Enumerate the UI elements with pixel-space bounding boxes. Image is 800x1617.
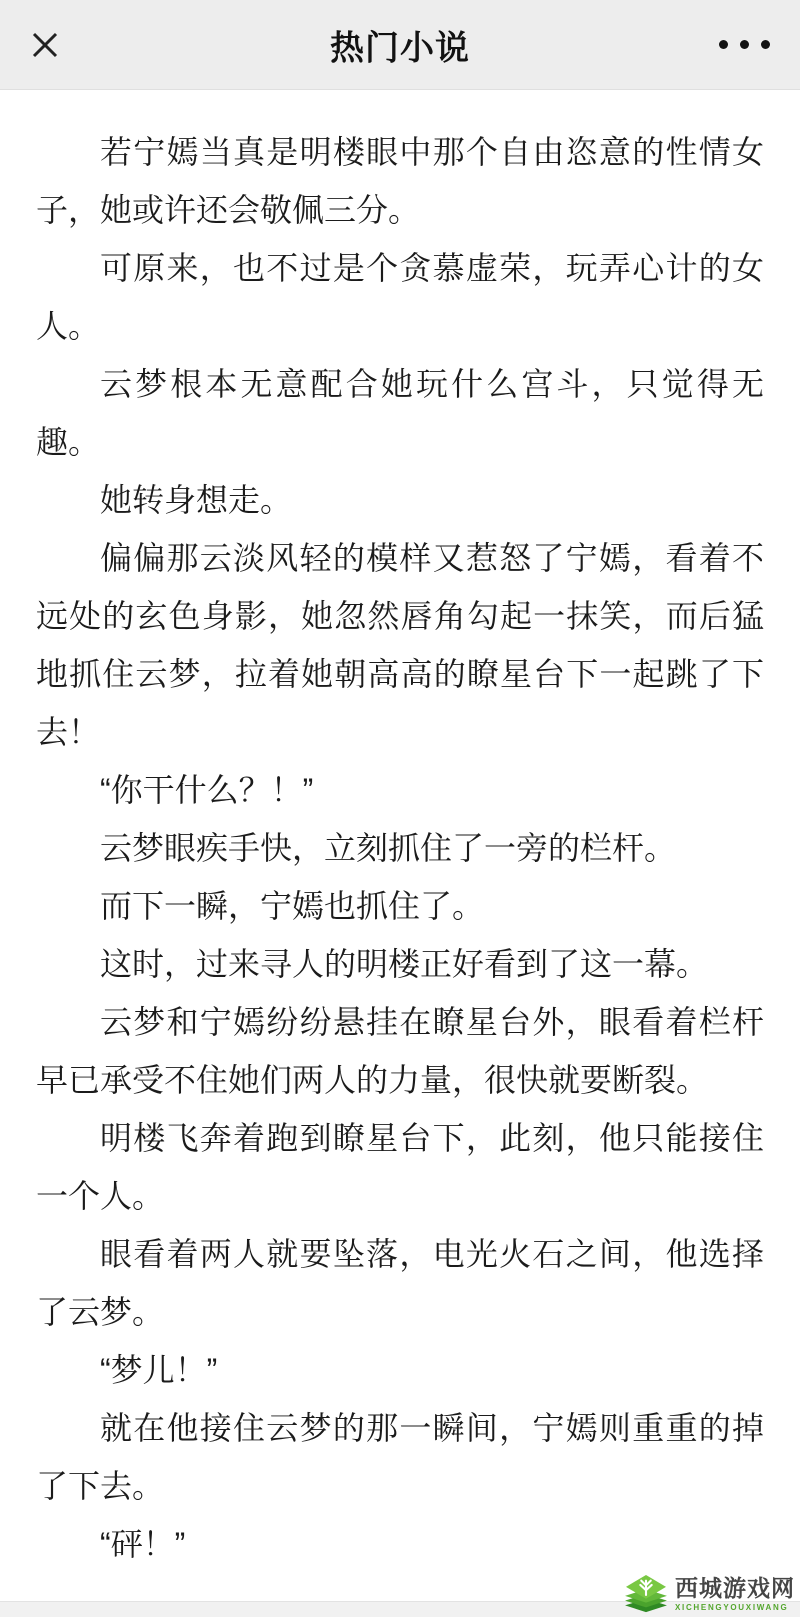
- paragraph: 这时，过来寻人的明楼正好看到了这一幕。: [36, 935, 764, 993]
- close-button[interactable]: [28, 28, 62, 62]
- paragraph: 她转身想走。: [36, 471, 764, 529]
- more-icon: [719, 40, 728, 49]
- paragraph: 云梦和宁嫣纷纷悬挂在瞭星台外，眼看着栏杆早已承受不住她们两人的力量，很快就要断裂…: [36, 993, 764, 1109]
- close-icon: [30, 30, 60, 60]
- watermark-site-name-latin: XICHENGYOUXIWANG: [675, 1603, 788, 1612]
- article-body: 若宁嫣当真是明楼眼中那个自由恣意的性情女子，她或许还会敬佩三分。可原来，也不过是…: [0, 90, 800, 1573]
- paragraph: 明楼飞奔着跑到瞭星台下，此刻，他只能接住一个人。: [36, 1109, 764, 1225]
- watermark-site-name: 西城游戏网: [675, 1576, 795, 1600]
- page-title: 热门小说: [330, 20, 470, 69]
- paragraph: “梦儿！”: [36, 1341, 764, 1399]
- more-button[interactable]: [717, 34, 772, 55]
- paragraph: 可原来，也不过是个贪慕虚荣，玩弄心计的女人。: [36, 239, 764, 355]
- paragraph: 而下一瞬，宁嫣也抓住了。: [36, 877, 764, 935]
- paragraph: “你干什么？！”: [36, 761, 764, 819]
- title-bar: 热门小说: [0, 0, 800, 90]
- paragraph: 眼看着两人就要坠落，电光火石之间，他选择了云梦。: [36, 1225, 764, 1341]
- paragraph: 就在他接住云梦的那一瞬间，宁嫣则重重的掉了下去。: [36, 1399, 764, 1515]
- watermark-text: 西城游戏网 XICHENGYOUXIWANG: [675, 1576, 795, 1612]
- paragraph: 云梦眼疾手快，立刻抓住了一旁的栏杆。: [36, 819, 764, 877]
- paragraph: 若宁嫣当真是明楼眼中那个自由恣意的性情女子，她或许还会敬佩三分。: [36, 123, 764, 239]
- more-icon: [740, 40, 749, 49]
- paragraph: 偏偏那云淡风轻的模样又惹怒了宁嫣，看着不远处的玄色身影，她忽然唇角勾起一抹笑，而…: [36, 529, 764, 761]
- paragraph: 云梦根本无意配合她玩什么宫斗，只觉得无趣。: [36, 355, 764, 471]
- site-watermark: 西城游戏网 XICHENGYOUXIWANG: [623, 1574, 795, 1614]
- paragraph: “砰！”: [36, 1515, 764, 1573]
- more-icon: [761, 40, 770, 49]
- wheat-logo-icon: [623, 1574, 669, 1614]
